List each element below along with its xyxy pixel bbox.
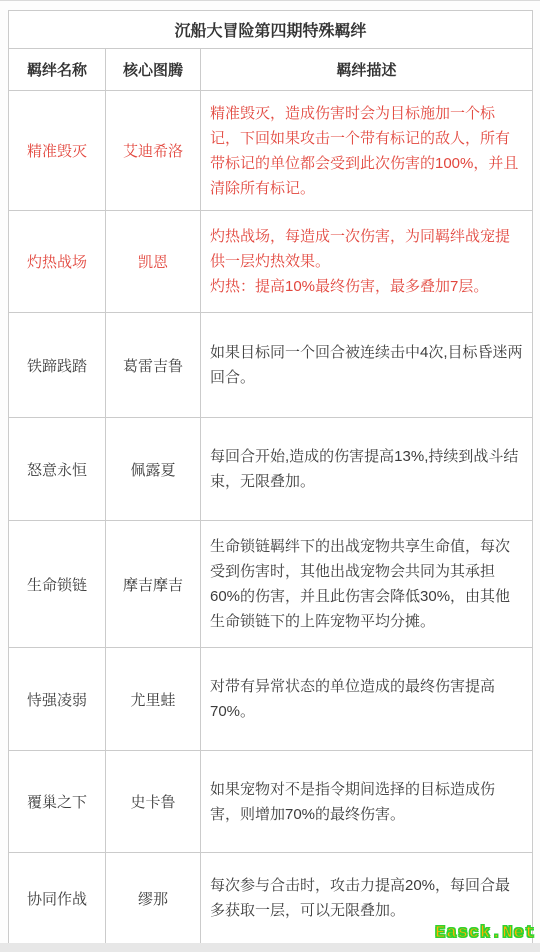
bond-desc-cell: 精准毁灭，造成伤害时会为目标施加一个标记，下回如果攻击一个带有标记的敌人，所有带… — [201, 91, 533, 211]
table-row: 覆巢之下 史卡鲁 如果宠物对不是指令期间选择的目标造成伤害，则增加70%的最终伤… — [9, 751, 533, 853]
table-row: 铁蹄践踏 葛雷吉鲁 如果目标同一个回合被连续击中4次,目标昏迷两回合。 — [9, 313, 533, 418]
bond-desc-cell: 生命锁链羁绊下的出战宠物共享生命值，每次受到伤害时，其他出战宠物会共同为其承担6… — [201, 521, 533, 648]
totem-cell: 艾迪希洛 — [106, 91, 201, 211]
totem-cell: 佩露夏 — [106, 418, 201, 521]
bond-desc-cell: 如果宠物对不是指令期间选择的目标造成伤害，则增加70%的最终伤害。 — [201, 751, 533, 853]
table-row: 恃强凌弱 尤里蛙 对带有异常状态的单位造成的最终伤害提高70%。 — [9, 648, 533, 751]
totem-cell: 史卡鲁 — [106, 751, 201, 853]
totem-cell: 凯恩 — [106, 211, 201, 313]
bond-name-cell: 恃强凌弱 — [9, 648, 106, 751]
bond-name-cell: 覆巢之下 — [9, 751, 106, 853]
bottom-divider — [0, 943, 540, 952]
bond-name-cell: 灼热战场 — [9, 211, 106, 313]
bond-desc-cell: 灼热战场，每造成一次伤害，为同羁绊战宠提供一层灼热效果。 灼热：提高10%最终伤… — [201, 211, 533, 313]
page: 沉船大冒险第四期特殊羁绊 羁绊名称 核心图腾 羁绊描述 精准毁灭 艾迪希洛 精准… — [0, 0, 540, 952]
table-row: 灼热战场 凯恩 灼热战场，每造成一次伤害，为同羁绊战宠提供一层灼热效果。 灼热：… — [9, 211, 533, 313]
page-title: 沉船大冒险第四期特殊羁绊 — [9, 11, 533, 49]
column-header-bond-desc: 羁绊描述 — [201, 49, 533, 91]
column-header-bond-name: 羁绊名称 — [9, 49, 106, 91]
top-divider — [0, 0, 540, 1]
totem-cell: 葛雷吉鲁 — [106, 313, 201, 418]
table-header-row: 羁绊名称 核心图腾 羁绊描述 — [9, 49, 533, 91]
bond-name-cell: 精准毁灭 — [9, 91, 106, 211]
bond-desc-cell: 每回合开始,造成的伤害提高13%,持续到战斗结束，无限叠加。 — [201, 418, 533, 521]
table-row: 精准毁灭 艾迪希洛 精准毁灭，造成伤害时会为目标施加一个标记，下回如果攻击一个带… — [9, 91, 533, 211]
bond-name-cell: 怒意永恒 — [9, 418, 106, 521]
bond-name-cell: 协同作战 — [9, 853, 106, 944]
bond-name-cell: 铁蹄践踏 — [9, 313, 106, 418]
table-row: 生命锁链 摩吉摩吉 生命锁链羁绊下的出战宠物共享生命值，每次受到伤害时，其他出战… — [9, 521, 533, 648]
bond-desc-cell: 对带有异常状态的单位造成的最终伤害提高70%。 — [201, 648, 533, 751]
totem-cell: 缪那 — [106, 853, 201, 944]
table-title-row: 沉船大冒险第四期特殊羁绊 — [9, 11, 533, 49]
table-row: 怒意永恒 佩露夏 每回合开始,造成的伤害提高13%,持续到战斗结束，无限叠加。 — [9, 418, 533, 521]
bond-table: 沉船大冒险第四期特殊羁绊 羁绊名称 核心图腾 羁绊描述 精准毁灭 艾迪希洛 精准… — [8, 10, 533, 944]
totem-cell: 尤里蛙 — [106, 648, 201, 751]
site-watermark: Easck.Net — [435, 924, 536, 943]
column-header-core-totem: 核心图腾 — [106, 49, 201, 91]
bond-name-cell: 生命锁链 — [9, 521, 106, 648]
bond-desc-cell: 如果目标同一个回合被连续击中4次,目标昏迷两回合。 — [201, 313, 533, 418]
totem-cell: 摩吉摩吉 — [106, 521, 201, 648]
